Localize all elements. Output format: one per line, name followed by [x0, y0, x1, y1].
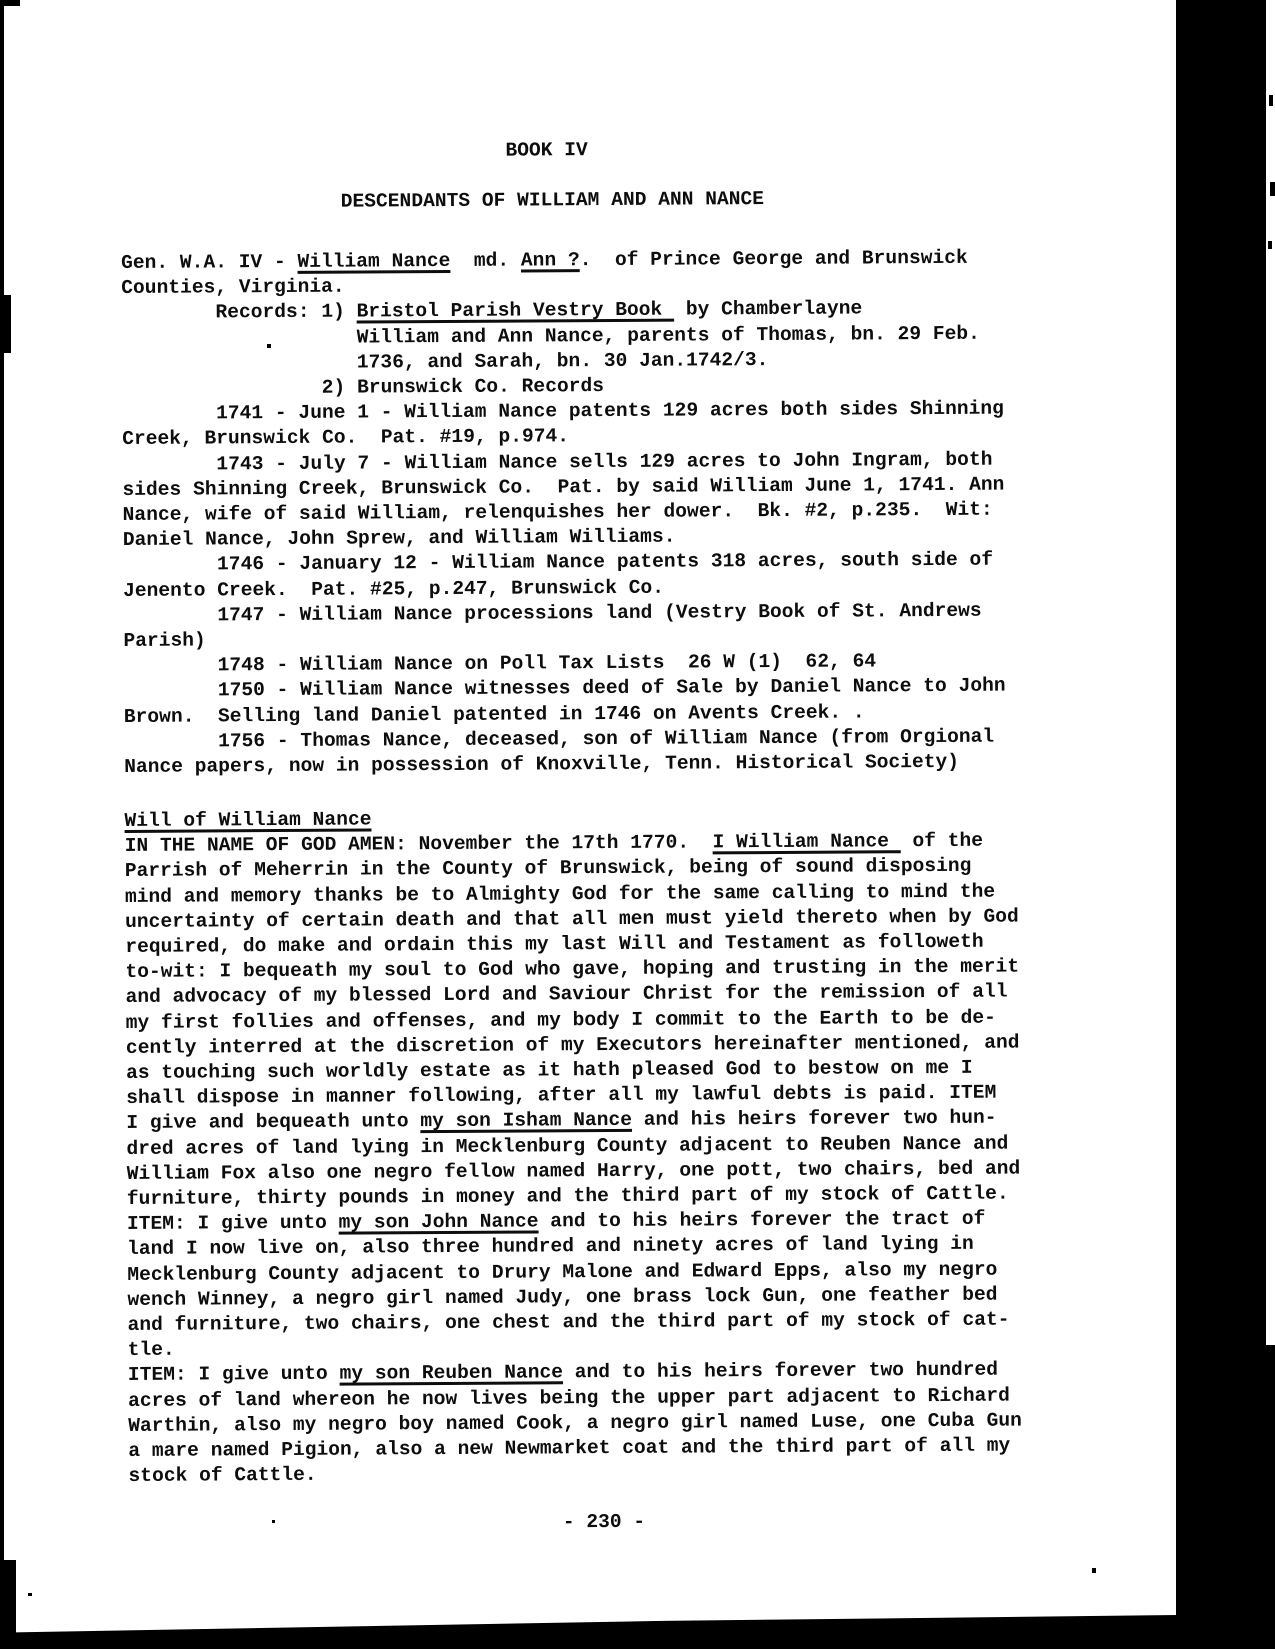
underlined-text: my son Reuben Nance — [339, 1362, 563, 1385]
text-segment: Jenento Creek. Pat. #25, p.247, Brunswic… — [123, 576, 664, 601]
text-segment: 1746 - January 12 - William Nance patent… — [123, 549, 993, 576]
text-segment: and his heirs forever two hun- — [632, 1107, 997, 1131]
underlined-text: my son Isham Nance — [420, 1109, 632, 1132]
records-section: Gen. W.A. IV - William Nance md. Ann ?. … — [121, 246, 1006, 781]
text-segment: 1747 - William Nance processions land (V… — [123, 600, 981, 627]
text-segment: stock of Cattle. — [128, 1464, 316, 1487]
text-line: 1746 - January 12 - William Nance patent… — [123, 548, 1005, 579]
text-segment: 1748 - William Nance on Poll Tax Lists 2… — [124, 651, 877, 678]
text-segment: and advocacy of my blessed Lord and Savi… — [126, 981, 1008, 1008]
text-segment: William and Ann Nance, parents of Thomas… — [122, 322, 980, 349]
text-segment: William Fox also one negro fellow named … — [127, 1157, 1021, 1184]
text-segment: 1736, and Sarah, bn. 30 Jan.1742/3. — [122, 349, 769, 375]
text-segment: Parrish of Meherrin in the County of Bru… — [125, 855, 972, 882]
text-segment: and to his heirs forever two hundred — [563, 1359, 998, 1384]
text-segment: Counties, Virginia. — [121, 276, 345, 299]
text-segment: sides Shinning Creek, Brunswick Co. Pat.… — [122, 473, 1004, 500]
text-segment: 1756 - Thomas Nance, deceased, son of Wi… — [124, 726, 994, 753]
underlined-text: Bristol Parish Vestry Book — [357, 299, 675, 323]
text-segment: Mecklenburg County adjacent to Drury Mal… — [127, 1258, 997, 1285]
text-segment: a mare named Pigion, also a new Newmarke… — [128, 1435, 1010, 1462]
underlined-text: my son John Nance — [339, 1211, 539, 1234]
scan-speck — [1270, 182, 1275, 196]
text-segment: by Chamberlayne — [674, 298, 862, 321]
text-segment: and to his heirs forever the tract of — [538, 1208, 985, 1233]
text-segment: Brown. Selling land Daniel patented in 1… — [124, 701, 865, 728]
text-layer: BOOK IV DESCENDANTS OF WILLIAM AND ANN N… — [0, 0, 1275, 1649]
underlined-text: William Nance — [297, 250, 450, 273]
text-segment: acres of land whereon he now lives being… — [128, 1384, 1010, 1411]
underlined-text: Will of William Nance — [124, 808, 371, 832]
text-segment: of the — [901, 830, 983, 853]
will-section: Will of William NanceIN THE NAME OF GOD … — [124, 804, 1022, 1490]
section-title: DESCENDANTS OF WILLIAM AND ANN NANCE — [341, 187, 764, 215]
text-segment: Records: 1) — [121, 301, 356, 324]
text-segment: ITEM: I give unto — [127, 1212, 339, 1235]
text-segment: required, do make and ordain this my las… — [125, 931, 983, 958]
text-segment: md. — [450, 250, 521, 272]
text-segment: my first follies and offenses, and my bo… — [126, 1006, 996, 1033]
text-segment: cently interred at the discretion of my … — [126, 1031, 1020, 1058]
text-line: Nance papers, now in possession of Knoxv… — [124, 750, 1006, 781]
text-segment: dred acres of land lying in Mecklenburg … — [126, 1132, 1008, 1159]
scanned-document-page: BOOK IV DESCENDANTS OF WILLIAM AND ANN N… — [0, 0, 1275, 1649]
underlined-text: Ann ? — [521, 249, 580, 271]
text-line: stock of Cattle. — [128, 1459, 1022, 1490]
text-segment: shall dispose in manner following, after… — [126, 1082, 996, 1109]
text-segment: tle. — [128, 1339, 175, 1361]
text-segment: Nance, wife of said William, relenquishe… — [123, 499, 993, 526]
text-line: William and Ann Nance, parents of Thomas… — [121, 321, 1003, 352]
text-segment: as touching such worldly estate as it ha… — [126, 1057, 973, 1084]
text-segment: Warthin, also my negro boy named Cook, a… — [128, 1409, 1022, 1436]
text-segment: Parish) — [123, 630, 205, 653]
text-segment: 1750 - William Nance witnesses deed of S… — [124, 675, 1006, 702]
page-number: - 230 - — [563, 1510, 645, 1536]
text-segment: mind and memory thanks be to Almighty Go… — [125, 880, 995, 907]
text-segment: and furniture, two chairs, one chest and… — [128, 1309, 1010, 1336]
text-segment: 1741 - June 1 - William Nance patents 12… — [122, 398, 1004, 425]
text-segment: . of Prince George and Brunswick — [580, 247, 968, 271]
text-segment: land I now live on, also three hundred a… — [127, 1233, 974, 1260]
text-segment: I give and bequeath unto — [126, 1111, 420, 1135]
text-segment: Nance papers, now in possession of Knoxv… — [124, 751, 959, 778]
text-segment: furniture, thirty pounds in money and th… — [127, 1183, 1009, 1210]
text-segment: 1743 - July 7 - William Nance sells 129 … — [122, 448, 992, 475]
text-segment: to-wit: I bequeath my soul to God who ga… — [125, 956, 1019, 983]
text-segment: Gen. W.A. IV - — [121, 251, 298, 274]
text-segment: Creek, Brunswick Co. Pat. #19, p.974. — [122, 426, 569, 451]
text-segment: IN THE NAME OF GOD AMEN: November the 17… — [125, 832, 713, 858]
text-line: 1750 - William Nance witnesses deed of S… — [124, 674, 1006, 705]
text-segment: Daniel Nance, John Sprew, and William Wi… — [123, 526, 676, 551]
book-title: BOOK IV — [505, 138, 587, 164]
underlined-text: I William Nance — [713, 830, 901, 853]
text-segment: 2) Brunswick Co. Records — [122, 375, 604, 400]
text-segment: wench Winney, a negro girl named Judy, o… — [127, 1284, 997, 1311]
text-segment: uncertainty of certain death and that al… — [125, 905, 1019, 932]
text-segment: ITEM: I give unto — [128, 1363, 340, 1386]
